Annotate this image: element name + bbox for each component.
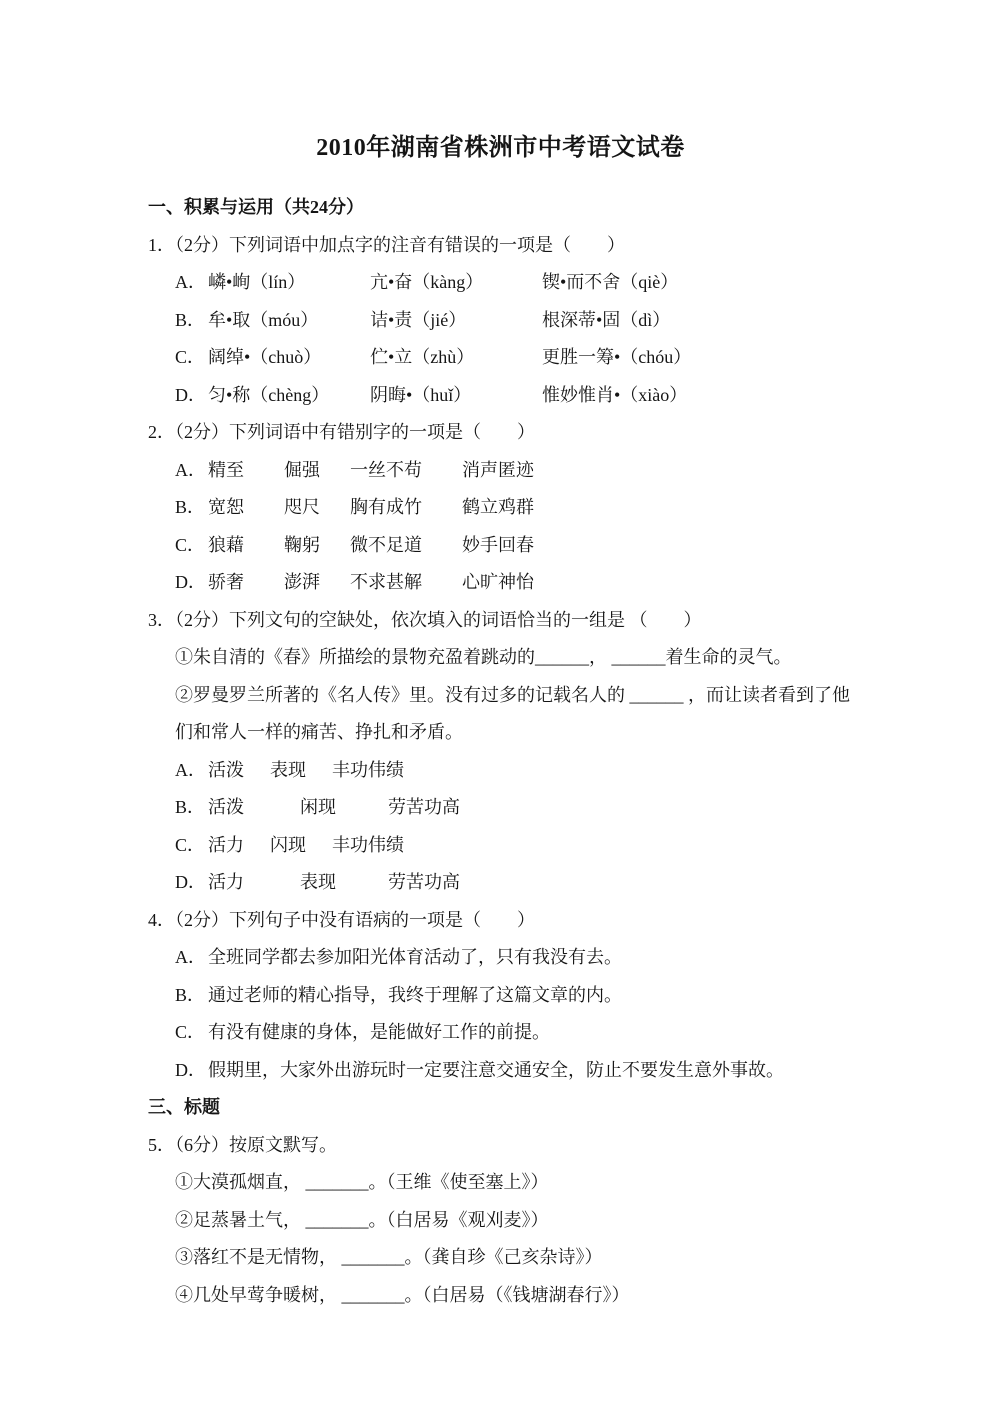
option-text: 活泼 <box>208 789 300 827</box>
question-3-sub-2-line-2: 们和常人一样的痛苦、挣扎和矛盾。 <box>148 714 883 752</box>
question-5-sub-2: ②足蒸暑土气， _______。（白居易《观刈麦》） <box>148 1202 883 1240</box>
option-text: 闲现 <box>300 789 388 827</box>
option-label: A． <box>175 752 208 790</box>
option-text: 活力 <box>208 864 300 902</box>
option-text: 劳苦功高 <box>388 864 460 902</box>
option-text: 精至 <box>208 452 284 490</box>
exam-paper-page: 2010年湖南省株洲市中考语文试卷 一、积累与运用（共24分） 1．（2分）下列… <box>0 0 993 1404</box>
option-text: 锲•而不舍（qiè） <box>542 264 678 302</box>
option-text: 丰功伟绩 <box>332 752 404 790</box>
question-3-stem: 3．（2分）下列文句的空缺处，依次填入的词语恰当的一组是 （ ） <box>148 602 883 640</box>
option-text: 通过老师的精心指导，我终于理解了这篇文章的内。 <box>208 977 622 1015</box>
option-text: 更胜一筹•（chóu） <box>542 339 691 377</box>
option-text: 闪现 <box>270 827 332 865</box>
option-label: B． <box>175 977 208 1015</box>
option-label: A． <box>175 939 208 977</box>
option-text: 一丝不苟 <box>350 452 462 490</box>
option-label: C． <box>175 827 208 865</box>
option-text: 亢•奋（kàng） <box>370 264 542 302</box>
option-text: 鹤立鸡群 <box>462 489 534 527</box>
option-text: 假期里，大家外出游玩时一定要注意交通安全，防止不要发生意外事故。 <box>208 1052 784 1090</box>
option-label: C． <box>175 527 208 565</box>
question-3-option-d: D． 活力 表现 劳苦功高 <box>148 864 883 902</box>
option-text: 胸有成竹 <box>350 489 462 527</box>
option-text: 宽恕 <box>208 489 284 527</box>
option-text: 有没有健康的身体，是能做好工作的前提。 <box>208 1014 550 1052</box>
option-text: 表现 <box>270 752 332 790</box>
question-4-stem: 4．（2分）下列句子中没有语病的一项是（ ） <box>148 902 883 940</box>
question-3-sub-2-line-1: ②罗曼罗兰所著的《名人传》里。没有过多的记载名人的 ______ ，而让读者看到… <box>148 677 883 715</box>
option-label: D． <box>175 564 208 602</box>
question-1-option-d: D． 匀•称（chèng） 阴晦•（huǐ） 惟妙惟肖•（xiào） <box>148 377 883 415</box>
option-label: A． <box>175 452 208 490</box>
option-label: D． <box>175 377 208 415</box>
option-text: 全班同学都去参加阳光体育活动了，只有我没有去。 <box>208 939 622 977</box>
question-1-stem: 1．（2分）下列词语中加点字的注音有错误的一项是（ ） <box>148 227 883 265</box>
option-text: 骄奢 <box>208 564 284 602</box>
option-label: B． <box>175 302 208 340</box>
option-text: 不求甚解 <box>350 564 462 602</box>
option-text: 狼藉 <box>208 527 284 565</box>
option-text: 根深蒂•固（dì） <box>542 302 670 340</box>
option-text: 阴晦•（huǐ） <box>370 377 542 415</box>
question-3-option-c: C． 活力 闪现 丰功伟绩 <box>148 827 883 865</box>
option-label: C． <box>175 339 208 377</box>
question-2-option-a: A． 精至 倔强 一丝不苟 消声匿迹 <box>148 452 883 490</box>
option-text: 牟•取（móu） <box>208 302 370 340</box>
question-2-option-d: D． 骄奢 澎湃 不求甚解 心旷神怡 <box>148 564 883 602</box>
question-2-option-c: C． 狼藉 鞠躬 微不足道 妙手回春 <box>148 527 883 565</box>
option-text: 活泼 <box>208 752 270 790</box>
option-text: 心旷神怡 <box>462 564 534 602</box>
question-4-option-a: A． 全班同学都去参加阳光体育活动了，只有我没有去。 <box>148 939 883 977</box>
option-label: D． <box>175 1052 208 1090</box>
option-label: B． <box>175 789 208 827</box>
question-2-stem: 2．（2分）下列词语中有错别字的一项是（ ） <box>148 414 883 452</box>
question-1-option-b: B． 牟•取（móu） 诘•责（jié） 根深蒂•固（dì） <box>148 302 883 340</box>
question-3-option-b: B． 活泼 闲现 劳苦功高 <box>148 789 883 827</box>
option-text: 妙手回春 <box>462 527 534 565</box>
question-4-option-d: D． 假期里，大家外出游玩时一定要注意交通安全，防止不要发生意外事故。 <box>148 1052 883 1090</box>
section-1-heading: 一、积累与运用（共24分） <box>148 189 883 227</box>
option-label: A． <box>175 264 208 302</box>
question-3-sub-1: ①朱自清的《春》所描绘的景物充盈着跳动的______， ______着生命的灵气… <box>148 639 883 677</box>
question-4-option-c: C． 有没有健康的身体，是能做好工作的前提。 <box>148 1014 883 1052</box>
option-text: 鞠躬 <box>284 527 350 565</box>
option-text: 劳苦功高 <box>388 789 460 827</box>
option-text: 伫•立（zhù） <box>370 339 542 377</box>
question-4-option-b: B． 通过老师的精心指导，我终于理解了这篇文章的内。 <box>148 977 883 1015</box>
option-text: 阔绰•（chuò） <box>208 339 370 377</box>
option-label: D． <box>175 864 208 902</box>
option-text: 表现 <box>300 864 388 902</box>
question-2-option-b: B． 宽恕 咫尺 胸有成竹 鹤立鸡群 <box>148 489 883 527</box>
option-text: 诘•责（jié） <box>370 302 542 340</box>
option-text: 丰功伟绩 <box>332 827 404 865</box>
option-text: 惟妙惟肖•（xiào） <box>542 377 687 415</box>
option-text: 微不足道 <box>350 527 462 565</box>
question-1-option-c: C． 阔绰•（chuò） 伫•立（zhù） 更胜一筹•（chóu） <box>148 339 883 377</box>
option-label: B． <box>175 489 208 527</box>
option-text: 匀•称（chèng） <box>208 377 370 415</box>
question-5-sub-4: ④几处早莺争暖树， _______。（白居易（《钱塘湖春行》） <box>148 1277 883 1315</box>
option-label: C． <box>175 1014 208 1052</box>
page-title: 2010年湖南省株洲市中考语文试卷 <box>148 133 853 163</box>
question-1-option-a: A． 嶙•峋（lín） 亢•奋（kàng） 锲•而不舍（qiè） <box>148 264 883 302</box>
question-5-sub-1: ①大漠孤烟直， _______。（王维《使至塞上》） <box>148 1164 883 1202</box>
option-text: 澎湃 <box>284 564 350 602</box>
option-text: 消声匿迹 <box>462 452 534 490</box>
option-text: 倔强 <box>284 452 350 490</box>
question-5-sub-3: ③落红不是无情物， _______。（龚自珍《己亥杂诗》） <box>148 1239 883 1277</box>
question-3-option-a: A． 活泼 表现 丰功伟绩 <box>148 752 883 790</box>
question-5-stem: 5．（6分）按原文默写。 <box>148 1127 883 1165</box>
section-3-heading: 三、标题 <box>148 1089 883 1127</box>
option-text: 咫尺 <box>284 489 350 527</box>
option-text: 嶙•峋（lín） <box>208 264 370 302</box>
option-text: 活力 <box>208 827 270 865</box>
